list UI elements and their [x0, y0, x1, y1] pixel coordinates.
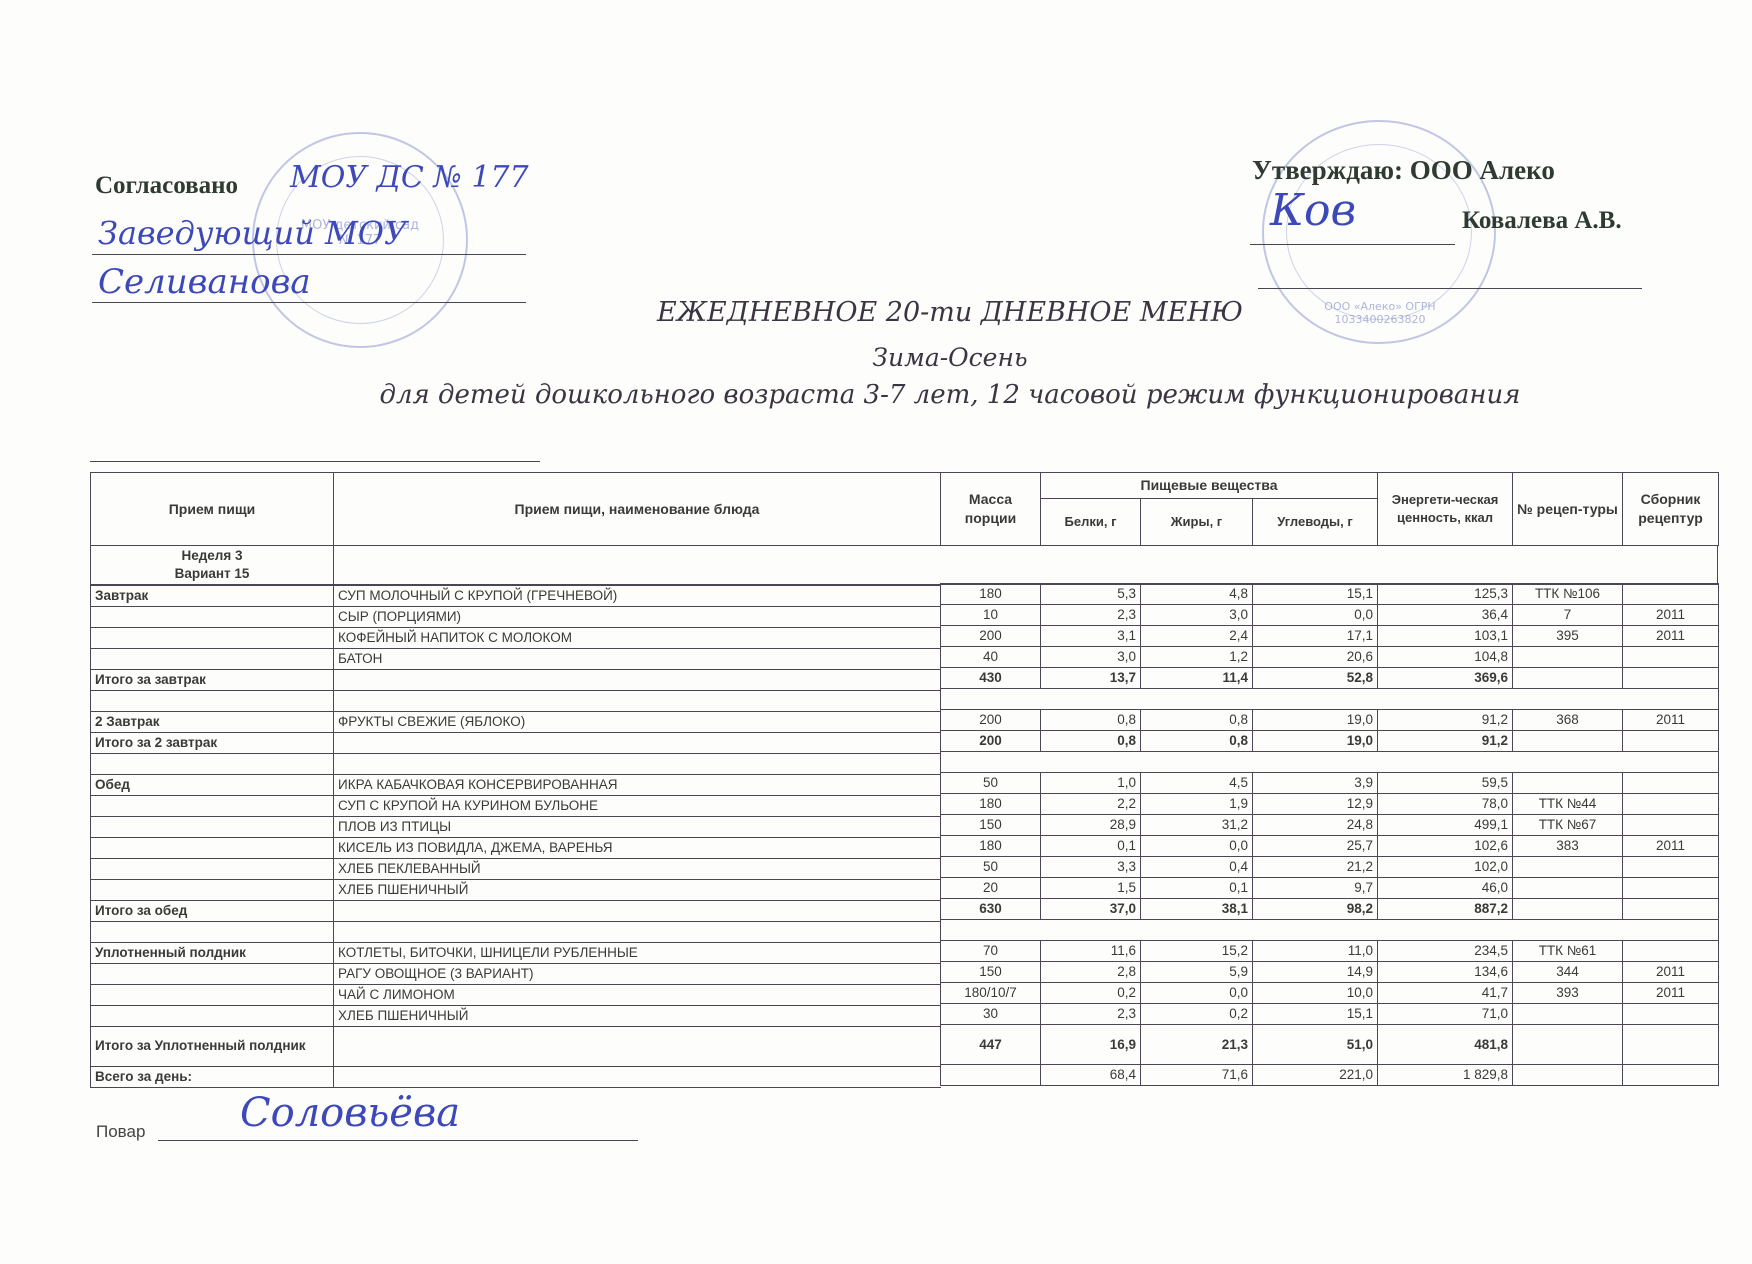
cell-fat: 0,4 [1141, 857, 1253, 878]
cell-carbs: 21,2 [1253, 857, 1378, 878]
menu-row-left: КОФЕЙНЫЙ НАПИТОК С МОЛОКОМ [91, 628, 941, 649]
header-recipe-no: № рецеп-туры [1513, 473, 1623, 546]
cell-fat: 11,4 [1141, 668, 1253, 689]
cell-energy: 78,0 [1378, 794, 1513, 815]
cell-recipe: 7 [1513, 605, 1623, 626]
blank-cell [941, 920, 1719, 941]
dish-name: КОФЕЙНЫЙ НАПИТОК С МОЛОКОМ [334, 628, 941, 649]
subtotal-label: Итого за 2 завтрак [91, 733, 334, 754]
cell-protein: 0,8 [1041, 710, 1141, 731]
cell-mass: 180/10/7 [941, 983, 1041, 1004]
cell-carbs: 11,0 [1253, 941, 1378, 962]
blank-cell [941, 752, 1719, 773]
cell-carbs: 15,1 [1253, 584, 1378, 605]
cell-carbs: 98,2 [1253, 899, 1378, 920]
meal-name: Уплотненный полдник [91, 943, 334, 964]
cell-energy: 104,8 [1378, 647, 1513, 668]
cell-mass: 20 [941, 878, 1041, 899]
cell-recipe [1513, 857, 1623, 878]
subtotal-label: Итого за Уплотненный полдник [91, 1027, 334, 1067]
cell-mass: 430 [941, 668, 1041, 689]
dish-name: СУП С КРУПОЙ НА КУРИНОМ БУЛЬОНЕ [334, 796, 941, 817]
approve-line-2 [1258, 288, 1642, 289]
cell-collection [1623, 647, 1719, 668]
week-row: Неделя 3 Вариант 15 [90, 545, 1718, 585]
cell-recipe: 383 [1513, 836, 1623, 857]
dish-name: РАГУ ОВОЩНОЕ (3 ВАРИАНТ) [334, 964, 941, 985]
header-energy: Энергети-ческая ценность, ккал [1378, 473, 1513, 546]
cell-carbs: 19,0 [1253, 710, 1378, 731]
table-top-rule [90, 461, 540, 462]
cell-fat: 0,0 [1141, 836, 1253, 857]
blank-row [941, 689, 1719, 710]
meal-name [91, 985, 334, 1006]
menu-row-left: КИСЕЛЬ ИЗ ПОВИДЛА, ДЖЕМА, ВАРЕНЬЯ [91, 838, 941, 859]
dish-name: ХЛЕБ ПЕКЛЕВАННЫЙ [334, 859, 941, 880]
menu-row-values: 102,33,00,036,472011 [941, 605, 1719, 626]
dish-name [334, 733, 941, 754]
cell-mass: 70 [941, 941, 1041, 962]
dish-name: ИКРА КАБАЧКОВАЯ КОНСЕРВИРОВАННАЯ [334, 775, 941, 796]
menu-right-grid: 1805,34,815,1125,3ТТК №106102,33,00,036,… [940, 583, 1719, 1086]
cell-carbs: 10,0 [1253, 983, 1378, 1004]
cell-energy: 103,1 [1378, 626, 1513, 647]
cell-fat: 0,8 [1141, 731, 1253, 752]
cell-collection: 2011 [1623, 626, 1719, 647]
meal-name [91, 628, 334, 649]
cell-collection [1623, 668, 1719, 689]
meal-name [91, 649, 334, 670]
menu-row-values: 1802,21,912,978,0ТТК №44 [941, 794, 1719, 815]
dish-name: ХЛЕБ ПШЕНИЧНЫЙ [334, 880, 941, 901]
menu-row-left: СЫР (ПОРЦИЯМИ) [91, 607, 941, 628]
cell-protein: 11,6 [1041, 941, 1141, 962]
menu-row-left [91, 922, 941, 943]
cell-collection: 2011 [1623, 983, 1719, 1004]
cell-mass: 150 [941, 815, 1041, 836]
header-collection: Сборник рецептур [1623, 473, 1719, 546]
cook-signature-line [158, 1140, 638, 1141]
cell-collection [1623, 899, 1719, 920]
menu-row-left: ОбедИКРА КАБАЧКОВАЯ КОНСЕРВИРОВАННАЯ [91, 775, 941, 796]
menu-row-left: ПЛОВ ИЗ ПТИЦЫ [91, 817, 941, 838]
cell-protein: 3,1 [1041, 626, 1141, 647]
dish-name: ПЛОВ ИЗ ПТИЦЫ [334, 817, 941, 838]
blank-cell [941, 689, 1719, 710]
cell-mass: 40 [941, 647, 1041, 668]
cell-carbs: 51,0 [1253, 1025, 1378, 1065]
cell-mass: 180 [941, 836, 1041, 857]
cell-fat: 1,9 [1141, 794, 1253, 815]
cell-protein: 2,2 [1041, 794, 1141, 815]
week-label: Неделя 3 [95, 547, 329, 565]
header-nutrients: Пищевые вещества [1041, 473, 1378, 499]
cell-mass [941, 1065, 1041, 1086]
dish-name: СУП МОЛОЧНЫЙ С КРУПОЙ (ГРЕЧНЕВОЙ) [334, 586, 941, 607]
cell-recipe [1513, 878, 1623, 899]
menu-row-values: 201,50,19,746,0 [941, 878, 1719, 899]
menu-row-values: 2003,12,417,1103,13952011 [941, 626, 1719, 647]
header-mass: Масса порции [941, 473, 1041, 546]
cell-recipe [1513, 899, 1623, 920]
menu-row-left: Итого за Уплотненный полдник [91, 1027, 941, 1067]
cell-carbs: 3,9 [1253, 773, 1378, 794]
menu-title: ЕЖЕДНЕВНОЕ 20-ти ДНЕВНОЕ МЕНЮ [500, 297, 1400, 328]
cell-carbs: 12,9 [1253, 794, 1378, 815]
cell-recipe [1513, 1065, 1623, 1086]
menu-row-values: 43013,711,452,8369,6 [941, 668, 1719, 689]
cell-energy: 887,2 [1378, 899, 1513, 920]
cell-fat: 15,2 [1141, 941, 1253, 962]
cell-recipe: 368 [1513, 710, 1623, 731]
cell-protein: 3,0 [1041, 647, 1141, 668]
menu-row-left: БАТОН [91, 649, 941, 670]
cell-energy: 369,6 [1378, 668, 1513, 689]
menu-row-values: 1502,85,914,9134,63442011 [941, 962, 1719, 983]
cell-protein: 37,0 [1041, 899, 1141, 920]
dish-name [334, 754, 941, 775]
dish-name [334, 691, 941, 712]
cell-protein: 16,9 [1041, 1025, 1141, 1065]
dish-name: ФРУКТЫ СВЕЖИЕ (ЯБЛОКО) [334, 712, 941, 733]
cell-collection: 2011 [1623, 605, 1719, 626]
cell-recipe [1513, 731, 1623, 752]
subtotal-label: Итого за завтрак [91, 670, 334, 691]
dish-name [334, 1027, 941, 1067]
cell-mass: 10 [941, 605, 1041, 626]
cell-mass: 30 [941, 1004, 1041, 1025]
cell-fat: 21,3 [1141, 1025, 1253, 1065]
cell-energy: 41,7 [1378, 983, 1513, 1004]
cell-recipe [1513, 1004, 1623, 1025]
cell-protein: 1,5 [1041, 878, 1141, 899]
menu-row-values: 302,30,215,171,0 [941, 1004, 1719, 1025]
cell-energy: 71,0 [1378, 1004, 1513, 1025]
meal-name [91, 838, 334, 859]
cell-fat: 0,1 [1141, 878, 1253, 899]
cell-energy: 59,5 [1378, 773, 1513, 794]
dish-name [334, 1067, 941, 1088]
cell-collection [1623, 1004, 1719, 1025]
cell-recipe: ТТК №44 [1513, 794, 1623, 815]
meal-name: Обед [91, 775, 334, 796]
menu-row-values: 2000,80,819,091,23682011 [941, 710, 1719, 731]
meal-name: 2 Завтрак [91, 712, 334, 733]
menu-subtitle: для детей дошкольного возраста 3-7 лет, … [300, 380, 1600, 410]
meal-name [91, 691, 334, 712]
cell-fat: 2,4 [1141, 626, 1253, 647]
meal-name [91, 922, 334, 943]
agreed-handwritten-position: Заведующий МОУ [98, 214, 407, 252]
menu-row-values: 7011,615,211,0234,5ТТК №61 [941, 941, 1719, 962]
cell-carbs: 9,7 [1253, 878, 1378, 899]
cell-protein: 2,3 [1041, 605, 1141, 626]
cell-fat: 5,9 [1141, 962, 1253, 983]
menu-row-left: ЧАЙ С ЛИМОНОМ [91, 985, 941, 1006]
cell-recipe [1513, 647, 1623, 668]
agreed-label: Согласовано [95, 172, 238, 200]
blank-row [941, 752, 1719, 773]
cell-mass: 200 [941, 710, 1041, 731]
meal-name [91, 607, 334, 628]
cell-carbs: 221,0 [1253, 1065, 1378, 1086]
cell-collection: 2011 [1623, 710, 1719, 731]
subtotal-label: Итого за обед [91, 901, 334, 922]
cell-carbs: 25,7 [1253, 836, 1378, 857]
menu-row-left: 2 ЗавтракФРУКТЫ СВЕЖИЕ (ЯБЛОКО) [91, 712, 941, 733]
menu-row-values: 44716,921,351,0481,8 [941, 1025, 1719, 1065]
cell-recipe: ТТК №67 [1513, 815, 1623, 836]
approve-line-1 [1250, 244, 1455, 245]
cell-mass: 630 [941, 899, 1041, 920]
cell-energy: 46,0 [1378, 878, 1513, 899]
cell-fat: 3,0 [1141, 605, 1253, 626]
cell-collection [1623, 794, 1719, 815]
cell-energy: 36,4 [1378, 605, 1513, 626]
cell-carbs: 15,1 [1253, 1004, 1378, 1025]
menu-row-left: РАГУ ОВОЩНОЕ (3 ВАРИАНТ) [91, 964, 941, 985]
meal-name [91, 817, 334, 838]
menu-row-values: 15028,931,224,8499,1ТТК №67 [941, 815, 1719, 836]
header-protein: Белки, г [1041, 499, 1141, 546]
cell-carbs: 19,0 [1253, 731, 1378, 752]
cell-collection: 2011 [1623, 962, 1719, 983]
cell-fat: 0,0 [1141, 983, 1253, 1004]
cell-collection [1623, 1025, 1719, 1065]
agreed-line-2 [92, 302, 526, 303]
week-variant-cell: Неделя 3 Вариант 15 [91, 546, 334, 585]
approve-handwritten-signature: Ков [1270, 185, 1356, 236]
approve-label: Утверждаю: ООО Алеко [1252, 155, 1555, 186]
cell-fat: 38,1 [1141, 899, 1253, 920]
menu-row-values: 403,01,220,6104,8 [941, 647, 1719, 668]
cell-fat: 4,8 [1141, 584, 1253, 605]
week-row-blank [334, 546, 1718, 585]
menu-row-left: СУП С КРУПОЙ НА КУРИНОМ БУЛЬОНЕ [91, 796, 941, 817]
menu-row-values: 63037,038,198,2887,2 [941, 899, 1719, 920]
menu-row-values: 501,04,53,959,5 [941, 773, 1719, 794]
meal-name [91, 880, 334, 901]
menu-row-left: Всего за день: [91, 1067, 941, 1088]
cell-mass: 200 [941, 626, 1041, 647]
dish-name [334, 901, 941, 922]
cell-mass: 180 [941, 794, 1041, 815]
agreed-line-1 [92, 254, 526, 255]
cell-mass: 50 [941, 773, 1041, 794]
cell-fat: 71,6 [1141, 1065, 1253, 1086]
cell-protein: 2,8 [1041, 962, 1141, 983]
cell-collection [1623, 731, 1719, 752]
cell-protein: 5,3 [1041, 584, 1141, 605]
cell-recipe: 393 [1513, 983, 1623, 1004]
cell-energy: 91,2 [1378, 710, 1513, 731]
cell-carbs: 24,8 [1253, 815, 1378, 836]
meal-name [91, 796, 334, 817]
menu-left-grid: ЗавтракСУП МОЛОЧНЫЙ С КРУПОЙ (ГРЕЧНЕВОЙ)… [90, 585, 941, 1088]
dish-name: БАТОН [334, 649, 941, 670]
dish-name: ЧАЙ С ЛИМОНОМ [334, 985, 941, 1006]
cell-fat: 4,5 [1141, 773, 1253, 794]
blank-row [941, 920, 1719, 941]
cell-energy: 102,0 [1378, 857, 1513, 878]
cell-collection [1623, 878, 1719, 899]
header-fat: Жиры, г [1141, 499, 1253, 546]
menu-row-left: Итого за 2 завтрак [91, 733, 941, 754]
header-meal: Прием пищи [91, 473, 334, 546]
dish-name: СЫР (ПОРЦИЯМИ) [334, 607, 941, 628]
agreed-handwritten-institution: МОУ ДС № 177 [290, 160, 529, 195]
cell-energy: 481,8 [1378, 1025, 1513, 1065]
cell-recipe: 344 [1513, 962, 1623, 983]
cell-protein: 1,0 [1041, 773, 1141, 794]
cook-signature: Соловьёва [240, 1090, 460, 1136]
menu-row-left: ЗавтракСУП МОЛОЧНЫЙ С КРУПОЙ (ГРЕЧНЕВОЙ) [91, 586, 941, 607]
subtotal-label: Всего за день: [91, 1067, 334, 1088]
menu-row-left: Итого за обед [91, 901, 941, 922]
cell-energy: 91,2 [1378, 731, 1513, 752]
header-dish: Прием пищи, наименование блюда [334, 473, 941, 546]
dish-name: КИСЕЛЬ ИЗ ПОВИДЛА, ДЖЕМА, ВАРЕНЬЯ [334, 838, 941, 859]
meal-name [91, 859, 334, 880]
cell-collection [1623, 815, 1719, 836]
cell-carbs: 20,6 [1253, 647, 1378, 668]
cell-collection [1623, 1065, 1719, 1086]
meal-name [91, 754, 334, 775]
cell-fat: 1,2 [1141, 647, 1253, 668]
menu-row-values: 1805,34,815,1125,3ТТК №106 [941, 584, 1719, 605]
dish-name [334, 922, 941, 943]
cell-fat: 0,8 [1141, 710, 1253, 731]
cell-energy: 134,6 [1378, 962, 1513, 983]
cell-protein: 0,2 [1041, 983, 1141, 1004]
header-carbs: Углеводы, г [1253, 499, 1378, 546]
meal-name [91, 964, 334, 985]
menu-row-left [91, 691, 941, 712]
variant-label: Вариант 15 [95, 565, 329, 583]
cell-mass: 447 [941, 1025, 1041, 1065]
cell-energy: 102,6 [1378, 836, 1513, 857]
cell-protein: 68,4 [1041, 1065, 1141, 1086]
cell-collection: 2011 [1623, 836, 1719, 857]
menu-row-left: ХЛЕБ ПШЕНИЧНЫЙ [91, 880, 941, 901]
cook-label: Повар [96, 1122, 145, 1142]
cell-mass: 180 [941, 584, 1041, 605]
menu-row-left: Уплотненный полдникКОТЛЕТЫ, БИТОЧКИ, ШНИ… [91, 943, 941, 964]
cell-recipe: 395 [1513, 626, 1623, 647]
menu-row-values: 2000,80,819,091,2 [941, 731, 1719, 752]
cell-recipe [1513, 773, 1623, 794]
menu-table-header: Прием пищи Прием пищи, наименование блюд… [90, 472, 1719, 546]
cell-recipe [1513, 668, 1623, 689]
cell-protein: 3,3 [1041, 857, 1141, 878]
cell-protein: 28,9 [1041, 815, 1141, 836]
cell-mass: 50 [941, 857, 1041, 878]
menu-row-values: 180/10/70,20,010,041,73932011 [941, 983, 1719, 1004]
meal-name [91, 1006, 334, 1027]
cell-protein: 0,8 [1041, 731, 1141, 752]
dish-name: ХЛЕБ ПШЕНИЧНЫЙ [334, 1006, 941, 1027]
cell-protein: 0,1 [1041, 836, 1141, 857]
day-total-row: 68,471,6221,01 829,8 [941, 1065, 1719, 1086]
cell-collection [1623, 941, 1719, 962]
menu-season: Зима-Осень [600, 343, 1300, 372]
cell-collection [1623, 773, 1719, 794]
menu-row-left [91, 754, 941, 775]
agreed-handwritten-name: Селиванова [98, 262, 311, 302]
cell-recipe: ТТК №61 [1513, 941, 1623, 962]
menu-row-left: ХЛЕБ ПЕКЛЕВАННЫЙ [91, 859, 941, 880]
dish-name [334, 670, 941, 691]
approver-name: Ковалева А.В. [1462, 207, 1622, 235]
cell-carbs: 17,1 [1253, 626, 1378, 647]
cell-energy: 1 829,8 [1378, 1065, 1513, 1086]
cell-carbs: 0,0 [1253, 605, 1378, 626]
cell-collection [1623, 857, 1719, 878]
cell-fat: 0,2 [1141, 1004, 1253, 1025]
cell-mass: 200 [941, 731, 1041, 752]
cell-recipe [1513, 1025, 1623, 1065]
menu-row-values: 503,30,421,2102,0 [941, 857, 1719, 878]
cell-energy: 499,1 [1378, 815, 1513, 836]
menu-row-left: Итого за завтрак [91, 670, 941, 691]
cell-energy: 234,5 [1378, 941, 1513, 962]
dish-name: КОТЛЕТЫ, БИТОЧКИ, ШНИЦЕЛИ РУБЛЕННЫЕ [334, 943, 941, 964]
meal-name: Завтрак [91, 586, 334, 607]
cell-mass: 150 [941, 962, 1041, 983]
cell-carbs: 14,9 [1253, 962, 1378, 983]
cell-energy: 125,3 [1378, 584, 1513, 605]
cell-collection [1623, 584, 1719, 605]
cell-protein: 2,3 [1041, 1004, 1141, 1025]
menu-row-values: 1800,10,025,7102,63832011 [941, 836, 1719, 857]
cell-carbs: 52,8 [1253, 668, 1378, 689]
cell-protein: 13,7 [1041, 668, 1141, 689]
cell-fat: 31,2 [1141, 815, 1253, 836]
cell-recipe: ТТК №106 [1513, 584, 1623, 605]
menu-row-left: ХЛЕБ ПШЕНИЧНЫЙ [91, 1006, 941, 1027]
